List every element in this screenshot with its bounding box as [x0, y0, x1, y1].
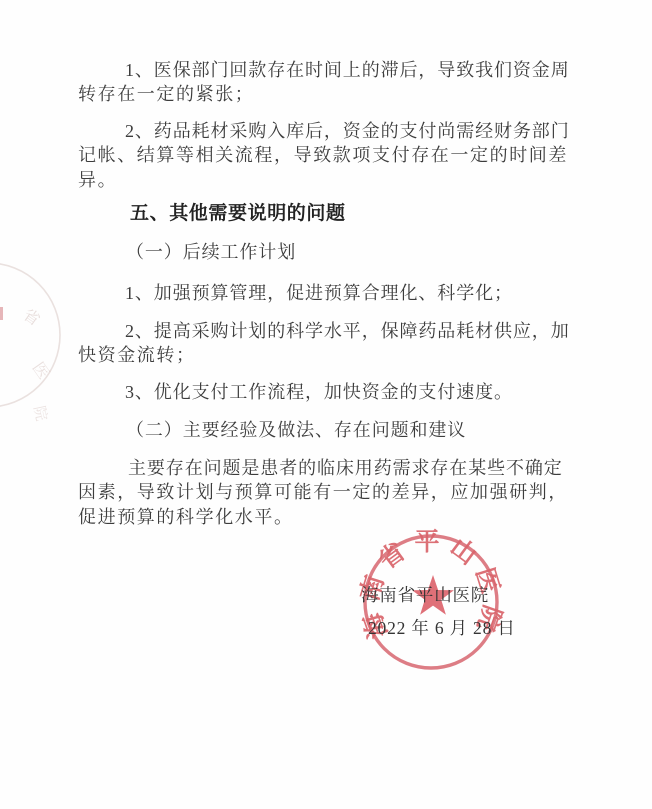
signature-organization: 海南省平山医院 [361, 584, 489, 606]
paragraph1-line2: 转存在一定的紧张； [78, 83, 254, 105]
plan-item2-line2: 快资金流转； [78, 344, 196, 366]
paragraph2-line2: 记帐、结算等相关流程，导致款项支付存在一定的时间差 [78, 144, 568, 166]
paragraph2-line1: 2、药品耗材采购入库后，资金的支付尚需经财务部门 [125, 120, 570, 142]
subsection1-title: （一）后续工作计划 [126, 241, 296, 263]
plan-item3: 3、优化支付工作流程，加快资金的支付速度。 [125, 381, 513, 403]
paragraph1-line1: 1、医保部门回款存在时间上的滞后，导致我们资金周 [125, 59, 570, 81]
plan-item1: 1、加强预算管理，促进预算合理化、科学化； [125, 282, 513, 304]
scanned-document-page: 省 医 院 1、医保部门回款存在时间上的滞后，导致我们资金周 转存在一定的紧张；… [0, 0, 652, 809]
closing-paragraph-line3: 促进预算的科学化水平。 [78, 506, 294, 528]
closing-paragraph-line2: 因素，导致计划与预算可能有一定的差异，应加强研判， [78, 481, 568, 503]
subsection2-title: （二）主要经验及做法、存在问题和建议 [126, 419, 466, 441]
ghost-stamp-character: 医 [29, 359, 53, 382]
signature-date: 2022 年 6 月 28 日 [368, 617, 516, 639]
paragraph2-line3: 异。 [78, 169, 117, 191]
ghost-stamp: 省 医 院 [0, 255, 95, 430]
closing-paragraph-line1: 主要存在问题是患者的临床用药需求存在某些不确定 [128, 457, 563, 479]
ghost-stamp-character: 院 [30, 404, 50, 422]
ghost-stamp-arc [0, 263, 60, 407]
section5-heading: 五、其他需要说明的问题 [130, 203, 346, 225]
ghost-stamp-ink-mark [0, 307, 3, 320]
plan-item2-line1: 2、提高采购计划的科学水平，保障药品耗材供应，加 [125, 320, 570, 342]
ghost-stamp-character: 省 [20, 306, 43, 330]
